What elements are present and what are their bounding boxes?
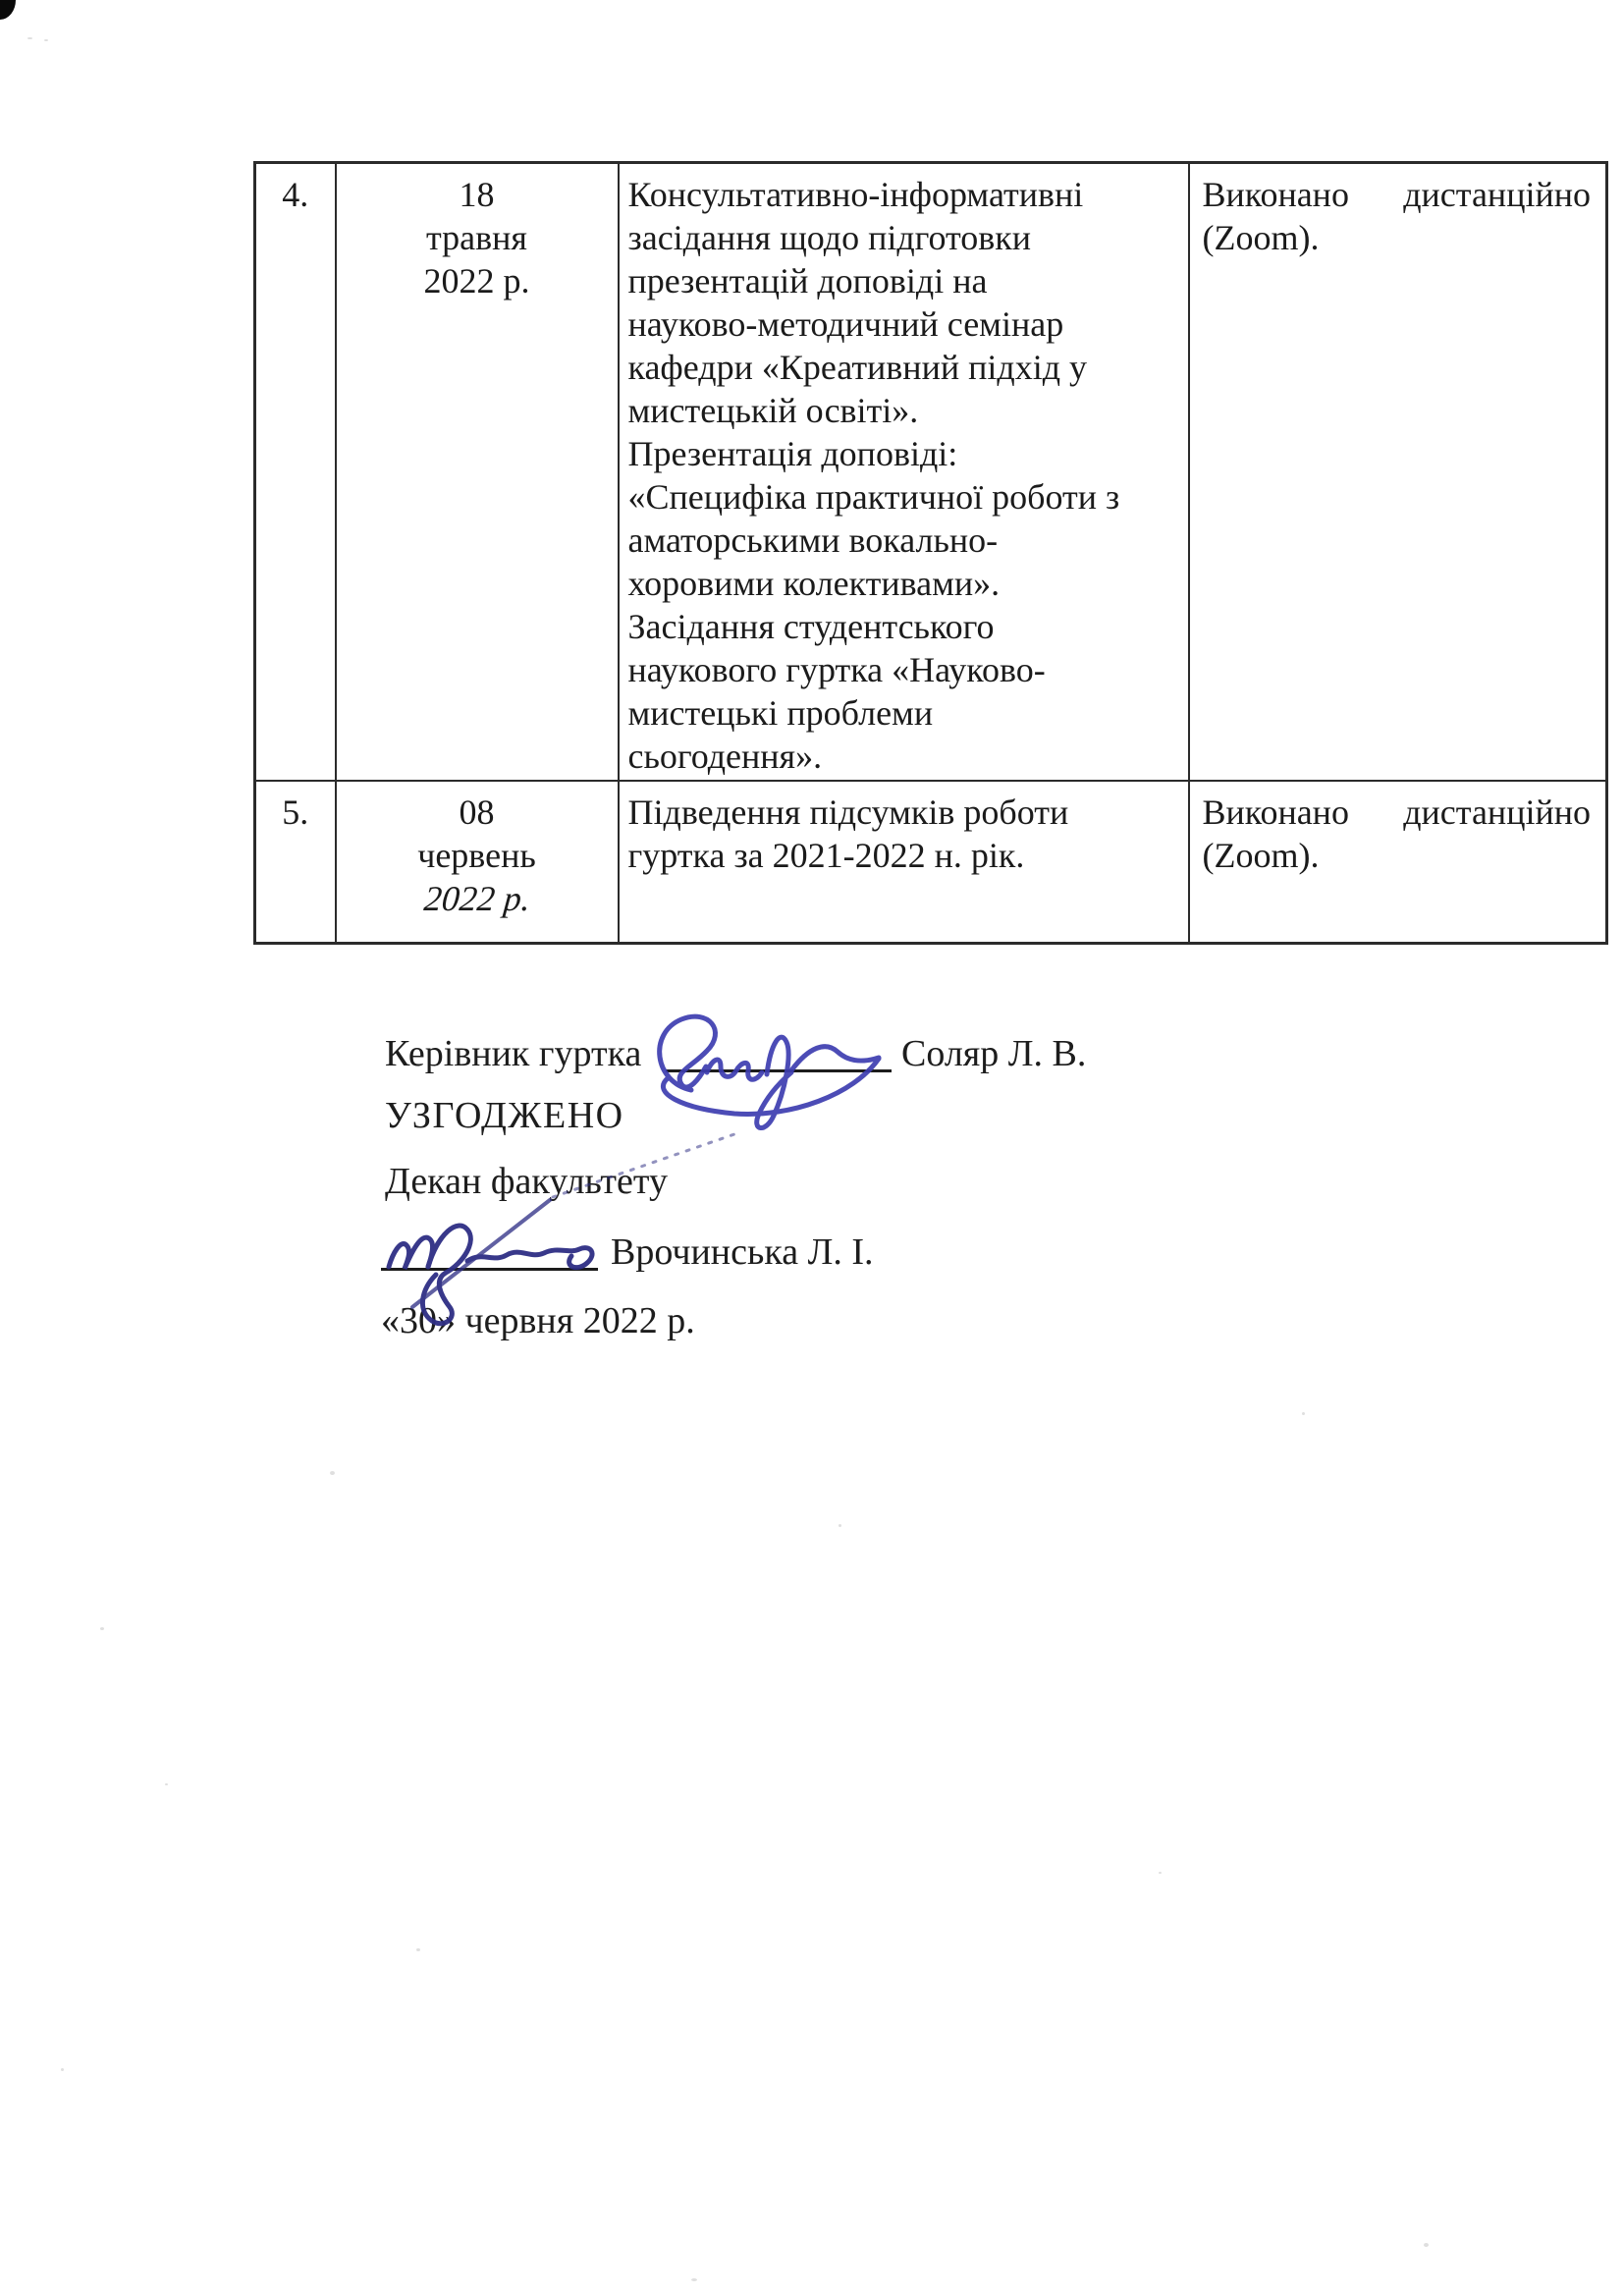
status-line-1: Виконано дистанційно xyxy=(1203,173,1592,216)
head-label: Керівник гуртка xyxy=(385,1032,641,1075)
scan-speck xyxy=(27,37,32,39)
dean-label: Декан факультету xyxy=(385,1158,668,1205)
text-line: 2022 р. xyxy=(338,259,617,302)
table-row-5: 5. 08червень2022 р. Підведення підсумків… xyxy=(255,781,1607,944)
dean-name: Врочинська Л. І. xyxy=(611,1230,874,1274)
text-line: Засідання студентського xyxy=(628,605,1180,648)
status-word: Виконано xyxy=(1203,791,1349,834)
text-line: травня xyxy=(338,216,617,259)
scan-speck xyxy=(1302,1412,1305,1415)
row-number-cell: 4. xyxy=(255,163,336,781)
scan-speck xyxy=(1159,1872,1162,1874)
text-line: хоровими колективами». xyxy=(628,562,1180,605)
scan-speck xyxy=(416,1948,420,1951)
date-lines: 08червень2022 р. xyxy=(338,791,617,920)
text-line: мистецькі проблеми xyxy=(628,691,1180,735)
status-line-1: Виконано дистанційно xyxy=(1203,791,1592,834)
status-cell: Виконано дистанційно (Zoom). xyxy=(1189,163,1607,781)
status-word: Виконано xyxy=(1203,173,1349,216)
scan-speck xyxy=(691,2278,697,2281)
status-line-2: (Zoom). xyxy=(1203,216,1592,259)
description-lines: Консультативно-інформативнізасідання щод… xyxy=(628,173,1180,778)
text-line: кафедри «Креативний підхід у xyxy=(628,346,1180,389)
row-number: 4. xyxy=(257,173,334,216)
scan-speck xyxy=(44,39,48,41)
table-row-4: 4. 18травня2022 р. Консультативно-інформ… xyxy=(255,163,1607,781)
dean-signature-line: Врочинська Л. І. xyxy=(381,1229,931,1280)
text-line: Консультативно-інформативні xyxy=(628,173,1180,216)
date-cell: 18травня2022 р. xyxy=(336,163,619,781)
agreed-label: УЗГОДЖЕНО xyxy=(385,1092,624,1139)
document-page: { "colors": { "paper": "#ffffff", "text"… xyxy=(0,0,1624,2296)
text-line: сьогодення». xyxy=(628,735,1180,778)
scan-corner-artifact xyxy=(0,0,16,20)
scan-speck xyxy=(165,1783,168,1785)
text-line: Підведення підсумків роботи xyxy=(628,791,1180,834)
date-cell: 08червень2022 р. xyxy=(336,781,619,944)
scan-speck xyxy=(1424,2243,1429,2247)
status-line-2: (Zoom). xyxy=(1203,834,1592,877)
text-line: мистецькій освіті». xyxy=(628,389,1180,432)
text-line: науково-методичний семінар xyxy=(628,302,1180,346)
text-line: червень xyxy=(338,834,617,877)
status-cell: Виконано дистанційно (Zoom). xyxy=(1189,781,1607,944)
text-line: засідання щодо підготовки xyxy=(628,216,1180,259)
signature-underline xyxy=(381,1268,598,1271)
text-line: 18 xyxy=(338,173,617,216)
text-line: Презентація доповіді: xyxy=(628,432,1180,475)
status-word: дистанційно xyxy=(1403,173,1591,216)
scan-speck xyxy=(839,1524,841,1527)
status-word: дистанційно xyxy=(1403,791,1591,834)
text-line: «Специфіка практичної роботи з xyxy=(628,475,1180,519)
description-lines: Підведення підсумків роботигуртка за 202… xyxy=(628,791,1180,877)
row-number-cell: 5. xyxy=(255,781,336,944)
date-lines: 18травня2022 р. xyxy=(338,173,617,302)
text-line: наукового гуртка «Науково- xyxy=(628,648,1180,691)
approval-date: «30» червня 2022 р. xyxy=(381,1297,695,1344)
text-line: 2022 р. xyxy=(336,877,619,920)
head-signature-line: Керівник гуртка Соляр Л. В. xyxy=(385,1032,1131,1083)
head-name: Соляр Л. В. xyxy=(901,1032,1086,1075)
signature-underline xyxy=(666,1069,892,1072)
scan-speck xyxy=(100,1627,104,1630)
text-line: аматорськими вокально- xyxy=(628,519,1180,562)
activity-table: 4. 18травня2022 р. Консультативно-інформ… xyxy=(253,161,1608,945)
scan-speck xyxy=(61,2068,64,2071)
description-cell: Підведення підсумків роботигуртка за 202… xyxy=(619,781,1189,944)
row-number: 5. xyxy=(257,791,334,834)
description-cell: Консультативно-інформативнізасідання щод… xyxy=(619,163,1189,781)
text-line: гуртка за 2021-2022 н. рік. xyxy=(628,834,1180,877)
text-line: презентацій доповіді на xyxy=(628,259,1180,302)
scan-speck xyxy=(330,1471,335,1475)
text-line: 08 xyxy=(338,791,617,834)
